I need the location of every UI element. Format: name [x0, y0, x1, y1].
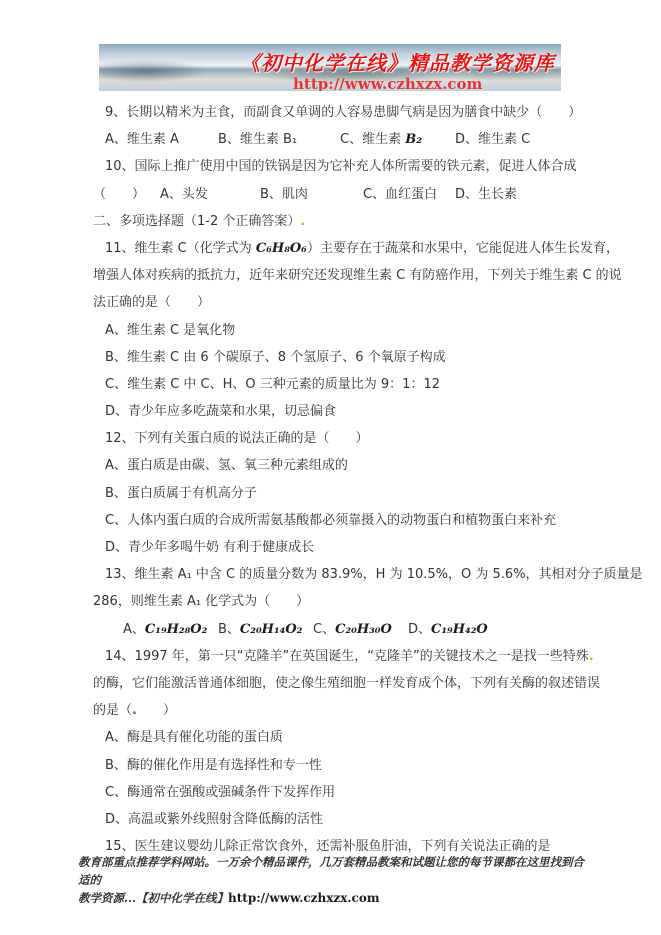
question-12-stem: 12、下列有关蛋白质的说法正确的是（ ）	[93, 425, 571, 452]
question-14-stem-line2: 的酶，它们能激活普通体细胞，使之像生殖细胞一样发育成个体，下列有关酶的叙述错误	[93, 670, 571, 697]
q12-option-b: B、蛋白质属于有机高分子	[93, 480, 571, 507]
question-10-stem: 10、国际上推广使用中国的铁锅是因为它补充人体所需要的铁元素，促进人体合成	[93, 153, 571, 180]
q9-option-c-text: C、维生素	[340, 132, 405, 147]
q9-option-c: C、维生素 B₂	[340, 126, 455, 153]
q12-option-d: D、青少年多喝牛奶 有利于健康成长	[93, 534, 571, 561]
q13-option-c-label: C、	[313, 622, 335, 637]
q9-option-a: A、维生素 A	[105, 126, 218, 153]
exam-content: 9、长期以精米为主食，而副食又单调的人容易患脚气病是因为膳食中缺少（ ） A、维…	[93, 99, 571, 860]
question-9-options: A、维生素 AB、维生素 B₁C、维生素 B₂D、维生素 C	[93, 126, 571, 153]
q10-option-b: B、肌肉	[260, 181, 363, 208]
q11-stem-pre: 11、维生素 C（化学式为	[105, 241, 256, 256]
question-11-stem-line1: 11、维生素 C（化学式为 C₆H₈O₆）主要存在于蔬菜和水果中，它能促进人体生…	[93, 235, 571, 262]
q10-option-a: A、头发	[160, 181, 260, 208]
q11-option-c: C、维生素 C 中 C、H、O 三种元素的质量比为 9：1：12	[93, 371, 571, 398]
site-banner-image: 《初中化学在线》精品教学资源库 http://www.czhxzx.com	[99, 44, 561, 91]
banner-url: http://www.czhxzx.com	[293, 75, 482, 91]
q14-stem-line3-pre: 的是（	[93, 703, 132, 718]
question-11-stem-line2: 增强人体对疾病的抵抗力，近年来研究还发现维生素 C 有防癌作用，下列关于维生素 …	[93, 262, 571, 289]
q13-option-d: D、C₁₉H₄₂O	[408, 616, 488, 643]
q13-option-b-label: B、	[218, 622, 240, 637]
q14-stem-line3-post: ）	[137, 703, 176, 718]
q12-option-a: A、蛋白质是由碳、氢、氧三种元素组成的	[93, 452, 571, 479]
question-13-stem-line2: 286，则维生素 A₁ 化学式为（ ）	[93, 588, 571, 615]
q9-option-b: B、维生素 B₁	[218, 126, 340, 153]
question-13-options: A、C₁₉H₂₈O₂B、C₂₀H₁₄O₂C、C₂₀H₃₀OD、C₁₉H₄₂O	[93, 616, 571, 643]
q13-option-c-formula: C₂₀H₃₀O	[335, 622, 392, 637]
page-footer: 教育部重点推荐学科网站。一万余个精品课件，几万套精品教案和试题让您的每节课都在这…	[78, 853, 588, 907]
q12-option-c: C、人体内蛋白质的合成所需氨基酸都必须靠摄入的动物蛋白和植物蛋白来补充	[93, 507, 571, 534]
footer-line2: 教学资源...【初中化学在线】http://www.czhxzx.com	[78, 889, 588, 907]
question-13-stem-line1: 13、维生素 A₁ 中含 C 的质量分数为 83.9%，H 为 10.5%，O …	[93, 561, 571, 588]
q11-stem-post: ）主要存在于蔬菜和水果中，它能促进人体生长发育，	[307, 241, 619, 256]
question-9-stem: 9、长期以精米为主食，而副食又单调的人容易患脚气病是因为膳食中缺少（ ）	[93, 99, 571, 126]
exam-page: 《初中化学在线》精品教学资源库 http://www.czhxzx.com 9、…	[0, 0, 661, 935]
footer-line1: 教育部重点推荐学科网站。一万余个精品课件，几万套精品教案和试题让您的每节课都在这…	[78, 853, 588, 889]
q11-formula: C₆H₈O₆	[256, 241, 307, 256]
section-2-title: 二、多项选择题（1-2 个正确答案）	[93, 214, 300, 229]
q10-answer-paren: （ ）	[93, 181, 160, 208]
question-11-stem-line3: 法正确的是（ ）	[93, 289, 571, 316]
banner-title: 《初中化学在线》精品教学资源库	[240, 47, 555, 76]
footer-url: http://www.czhxzx.com	[228, 891, 380, 905]
q9-option-d: D、维生素 C	[455, 126, 530, 153]
stray-mark-yellow-2: .	[589, 649, 594, 664]
q13-option-a: A、C₁₉H₂₈O₂	[123, 616, 218, 643]
q14-stem-line1-text: 14、1997 年，第一只“克隆羊”在英国诞生，“克隆羊”的关键技术之一是找一些…	[105, 649, 589, 664]
footer-line2-text: 教学资源...【初中化学在线】	[78, 891, 228, 905]
q14-option-c: C、酶通常在强酸或强碱条件下发挥作用	[93, 779, 571, 806]
q14-option-d: D、高温或紫外线照射含降低酶的活性	[93, 806, 571, 833]
q13-option-b: B、C₂₀H₁₄O₂	[218, 616, 313, 643]
question-14-stem-line1: 14、1997 年，第一只“克隆羊”在英国诞生，“克隆羊”的关键技术之一是找一些…	[93, 643, 571, 670]
q10-option-c: C、血红蛋白	[363, 181, 455, 208]
q11-option-d: D、青少年应多吃蔬菜和水果，切忌偏食	[93, 398, 571, 425]
q14-option-b: B、酶的催化作用是有选择性和专一性	[93, 752, 571, 779]
q11-option-b: B、维生素 C 由 6 个碳原子、8 个氢原子、6 个氧原子构成	[93, 344, 571, 371]
q13-option-a-formula: C₁₉H₂₈O₂	[145, 622, 207, 637]
q10-option-d: D、生长素	[455, 181, 517, 208]
stray-mark-yellow: .	[300, 214, 305, 229]
q13-option-c: C、C₂₀H₃₀O	[313, 616, 408, 643]
q14-option-a: A、酶是具有催化功能的蛋白质	[93, 724, 571, 751]
q11-option-a: A、维生素 C 是氧化物	[93, 317, 571, 344]
q13-option-b-formula: C₂₀H₁₄O₂	[240, 622, 302, 637]
section-2-heading: 二、多项选择题（1-2 个正确答案）.	[93, 208, 571, 235]
question-10-options: （ ）A、头发B、肌肉C、血红蛋白D、生长素	[93, 181, 571, 208]
q9-option-c-formula: B₂	[405, 132, 422, 147]
q13-option-d-label: D、	[408, 622, 431, 637]
question-14-stem-line3: 的是（. ）	[93, 697, 571, 724]
q13-option-a-label: A、	[123, 622, 145, 637]
q13-option-d-formula: C₁₉H₄₂O	[431, 622, 488, 637]
